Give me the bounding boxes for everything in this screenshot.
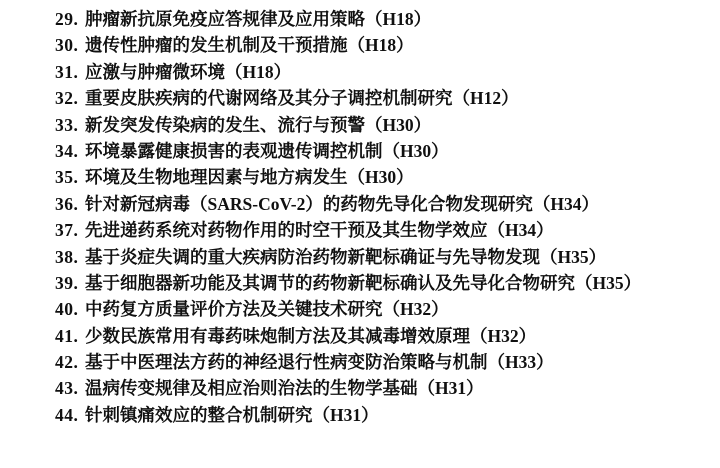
item-title: 中药复方质量评价方法及关键技术研究: [85, 299, 383, 319]
document-page: 29. 肿瘤新抗原免疫应答规律及应用策略（H18） 30. 遗传性肿瘤的发生机制…: [0, 0, 720, 468]
item-code: （H18）: [225, 62, 291, 82]
item-number: 44.: [55, 402, 85, 428]
item-title: 温病传变规律及相应治则治法的生物学基础: [85, 378, 418, 398]
topic-list: 29. 肿瘤新抗原免疫应答规律及应用策略（H18） 30. 遗传性肿瘤的发生机制…: [55, 6, 710, 428]
item-title: 针对新冠病毒（SARS-CoV-2）的药物先导化合物发现研究: [85, 194, 533, 214]
item-text: 温病传变规律及相应治则治法的生物学基础（H31）: [85, 375, 710, 401]
item-text: 针刺镇痛效应的整合机制研究（H31）: [85, 402, 710, 428]
list-item: 43. 温病传变规律及相应治则治法的生物学基础（H31）: [55, 375, 710, 401]
item-title: 先进递药系统对药物作用的时空干预及其生物学效应: [85, 220, 488, 240]
item-text: 环境暴露健康损害的表观遗传调控机制（H30）: [85, 138, 710, 164]
item-text: 基于中医理法方药的神经退行性病变防治策略与机制（H33）: [85, 349, 710, 375]
item-code: （H35）: [575, 273, 641, 293]
item-number: 40.: [55, 296, 85, 322]
item-text: 基于炎症失调的重大疾病防治药物新靶标确证与先导物发现（H35）: [85, 244, 710, 270]
item-number: 43.: [55, 375, 85, 401]
item-code: （H31）: [313, 405, 379, 425]
list-item: 41. 少数民族常用有毒药味炮制方法及其减毒增效原理（H32）: [55, 323, 710, 349]
item-code: （H31）: [418, 378, 484, 398]
item-title: 环境暴露健康损害的表观遗传调控机制: [85, 141, 383, 161]
list-item: 36. 针对新冠病毒（SARS-CoV-2）的药物先导化合物发现研究（H34）: [55, 191, 710, 217]
item-title: 肿瘤新抗原免疫应答规律及应用策略: [85, 9, 365, 29]
item-number: 29.: [55, 6, 85, 32]
item-code: （H18）: [348, 35, 414, 55]
item-text: 中药复方质量评价方法及关键技术研究（H32）: [85, 296, 710, 322]
item-code: （H34）: [488, 220, 554, 240]
item-text: 针对新冠病毒（SARS-CoV-2）的药物先导化合物发现研究（H34）: [85, 191, 710, 217]
item-code: （H30）: [365, 115, 431, 135]
item-title: 新发突发传染病的发生、流行与预警: [85, 115, 365, 135]
item-number: 36.: [55, 191, 85, 217]
item-title: 遗传性肿瘤的发生机制及干预措施: [85, 35, 348, 55]
item-text: 先进递药系统对药物作用的时空干预及其生物学效应（H34）: [85, 217, 710, 243]
item-number: 42.: [55, 349, 85, 375]
list-item: 42. 基于中医理法方药的神经退行性病变防治策略与机制（H33）: [55, 349, 710, 375]
list-item: 35. 环境及生物地理因素与地方病发生（H30）: [55, 164, 710, 190]
item-code: （H12）: [453, 88, 519, 108]
list-item: 34. 环境暴露健康损害的表观遗传调控机制（H30）: [55, 138, 710, 164]
list-item: 32. 重要皮肤疾病的代谢网络及其分子调控机制研究（H12）: [55, 85, 710, 111]
item-title: 环境及生物地理因素与地方病发生: [85, 167, 348, 187]
item-title: 基于细胞器新功能及其调节的药物新靶标确认及先导化合物研究: [85, 273, 575, 293]
list-item: 33. 新发突发传染病的发生、流行与预警（H30）: [55, 112, 710, 138]
item-text: 少数民族常用有毒药味炮制方法及其减毒增效原理（H32）: [85, 323, 710, 349]
item-code: （H35）: [540, 247, 606, 267]
item-text: 重要皮肤疾病的代谢网络及其分子调控机制研究（H12）: [85, 85, 710, 111]
list-item: 40. 中药复方质量评价方法及关键技术研究（H32）: [55, 296, 710, 322]
item-code: （H32）: [383, 299, 449, 319]
item-number: 39.: [55, 270, 85, 296]
item-number: 37.: [55, 217, 85, 243]
item-text: 基于细胞器新功能及其调节的药物新靶标确认及先导化合物研究（H35）: [85, 270, 710, 296]
item-text: 肿瘤新抗原免疫应答规律及应用策略（H18）: [85, 6, 710, 32]
item-number: 33.: [55, 112, 85, 138]
item-number: 34.: [55, 138, 85, 164]
item-title: 重要皮肤疾病的代谢网络及其分子调控机制研究: [85, 88, 453, 108]
item-code: （H33）: [488, 352, 554, 372]
item-text: 遗传性肿瘤的发生机制及干预措施（H18）: [85, 32, 710, 58]
item-title: 应激与肿瘤微环境: [85, 62, 225, 82]
item-number: 30.: [55, 32, 85, 58]
item-code: （H30）: [383, 141, 449, 161]
item-title: 针刺镇痛效应的整合机制研究: [85, 405, 313, 425]
item-code: （H34）: [533, 194, 599, 214]
item-number: 32.: [55, 85, 85, 111]
item-code: （H32）: [470, 326, 536, 346]
list-item: 38. 基于炎症失调的重大疾病防治药物新靶标确证与先导物发现（H35）: [55, 244, 710, 270]
list-item: 31. 应激与肿瘤微环境（H18）: [55, 59, 710, 85]
item-text: 新发突发传染病的发生、流行与预警（H30）: [85, 112, 710, 138]
list-item: 39. 基于细胞器新功能及其调节的药物新靶标确认及先导化合物研究（H35）: [55, 270, 710, 296]
list-item: 30. 遗传性肿瘤的发生机制及干预措施（H18）: [55, 32, 710, 58]
item-code: （H30）: [348, 167, 414, 187]
item-title: 少数民族常用有毒药味炮制方法及其减毒增效原理: [85, 326, 470, 346]
item-title: 基于中医理法方药的神经退行性病变防治策略与机制: [85, 352, 488, 372]
item-number: 41.: [55, 323, 85, 349]
item-number: 38.: [55, 244, 85, 270]
list-item: 29. 肿瘤新抗原免疫应答规律及应用策略（H18）: [55, 6, 710, 32]
item-number: 31.: [55, 59, 85, 85]
list-item: 44. 针刺镇痛效应的整合机制研究（H31）: [55, 402, 710, 428]
item-code: （H18）: [365, 9, 431, 29]
item-text: 应激与肿瘤微环境（H18）: [85, 59, 710, 85]
item-title: 基于炎症失调的重大疾病防治药物新靶标确证与先导物发现: [85, 247, 540, 267]
item-number: 35.: [55, 164, 85, 190]
list-item: 37. 先进递药系统对药物作用的时空干预及其生物学效应（H34）: [55, 217, 710, 243]
item-text: 环境及生物地理因素与地方病发生（H30）: [85, 164, 710, 190]
